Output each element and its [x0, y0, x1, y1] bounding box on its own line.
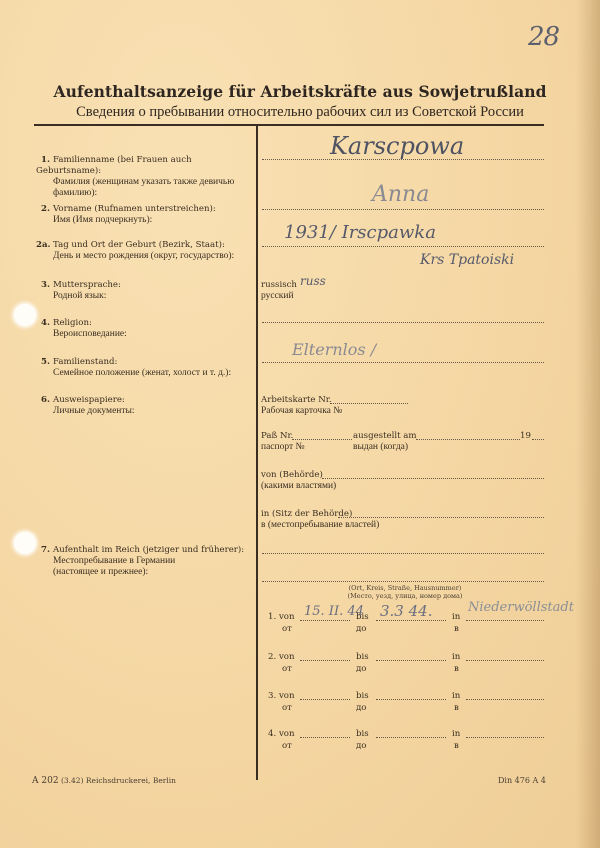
field-7-line-2[interactable]	[262, 581, 544, 582]
first-name-value[interactable]: Anna	[372, 182, 429, 207]
residence-row-4: 4. von	[268, 729, 295, 740]
label-german: Familienstand:	[53, 357, 117, 367]
marital-status-value[interactable]: Elternlos /	[292, 340, 376, 359]
authority-russian: (какими властями)	[261, 481, 336, 492]
label-german: Tag und Ort der Geburt (Bezirk, Staat):	[53, 240, 225, 250]
label-german: Familienname (bei Frauen auch Geburtsnam…	[36, 155, 192, 176]
row-number: 2.	[268, 652, 276, 662]
authority-german: von (Behörde)	[261, 470, 336, 481]
label-russian: Фамилия (женщинам указать также девичью …	[36, 177, 258, 199]
issued-german: ausgestellt am	[353, 431, 417, 442]
to-label: bis	[356, 652, 369, 663]
in-label-russian: в	[454, 741, 459, 752]
row-number: 3.	[268, 691, 276, 701]
row-3-from-line[interactable]	[300, 699, 350, 700]
punch-hole-bottom	[14, 532, 36, 554]
authority-line[interactable]	[322, 478, 544, 479]
row-1-to-line[interactable]	[376, 620, 446, 621]
label-russian: День и место рождения (округ, государств…	[36, 251, 258, 262]
from-label-russian: от	[282, 664, 292, 675]
field-4-line	[262, 322, 544, 323]
field-number: 2.	[36, 204, 50, 215]
label-german: Religion:	[53, 318, 92, 328]
to-label: bis	[356, 729, 369, 740]
label-german: Aufenthalt im Reich (jetziger und früher…	[53, 545, 244, 555]
punch-hole-top	[14, 304, 36, 326]
from-label-russian: от	[282, 703, 292, 714]
title-russian: Сведения о пребывании относительно рабоч…	[0, 104, 600, 121]
field-number: 5.	[36, 357, 50, 368]
seat-label: in (Sitz der Behörde) в (местопребывание…	[261, 509, 379, 531]
field-number: 3.	[36, 280, 50, 291]
field-7-label: 7.Aufenthalt im Reich (jetziger und früh…	[36, 545, 258, 578]
issued-label: ausgestellt am выдан (когда)	[353, 431, 417, 453]
label-russian: Личные документы:	[36, 406, 258, 417]
from-label: von	[279, 652, 295, 662]
field-5-label: 5.Familienstand: Семейное положение (жен…	[36, 357, 258, 379]
to-label-russian: до	[356, 741, 366, 752]
row-number: 4.	[268, 729, 276, 739]
field-5-line	[262, 362, 544, 363]
row-3-place-line[interactable]	[466, 699, 544, 700]
field-1-label: 1.Familienname (bei Frauen auch Geburtsn…	[36, 155, 258, 199]
in-label-russian: в	[454, 703, 459, 714]
to-label-russian: до	[356, 703, 366, 714]
seat-german: in (Sitz der Behörde)	[261, 509, 379, 520]
work-card-russian: Рабочая карточка №	[261, 406, 342, 417]
row-4-from-line[interactable]	[300, 737, 350, 738]
passport-label: Paß Nr. паспорт №	[261, 431, 305, 453]
year-line[interactable]	[532, 439, 544, 440]
label-german: Muttersprache:	[53, 280, 121, 290]
in-label: in	[452, 729, 460, 740]
row-1-place-line[interactable]	[466, 620, 544, 621]
from-label-russian: от	[282, 741, 292, 752]
form-code: A 202	[32, 776, 59, 786]
to-label-russian: до	[356, 624, 366, 635]
address-hint-russian: (Место, уезд, улица, номер дома)	[320, 592, 490, 600]
to-label: bis	[356, 612, 369, 623]
from-label-russian: от	[282, 624, 292, 635]
field-3-label: 3.Muttersprache: Родной язык:	[36, 280, 258, 302]
passport-german: Paß Nr.	[261, 431, 305, 442]
seat-russian: в (местопребывание властей)	[261, 520, 379, 531]
in-label: in	[452, 612, 460, 623]
in-label: in	[452, 691, 460, 702]
label-german: Ausweispapiere:	[53, 395, 125, 405]
authority-label: von (Behörde) (какими властями)	[261, 470, 336, 492]
to-label-russian: до	[356, 664, 366, 675]
residence-row-2: 2. von	[268, 652, 295, 663]
mother-tongue-value[interactable]: russ	[300, 274, 326, 288]
row-2-from-line[interactable]	[300, 660, 350, 661]
work-card-line[interactable]	[330, 403, 408, 404]
printer-info: (3.42) Reichsdruckerei, Berlin	[61, 776, 176, 785]
birth-district-value[interactable]: Krs Tpatoiski	[420, 252, 514, 268]
language-printed-german: russisch	[261, 280, 297, 291]
field-7-line-1[interactable]	[262, 553, 544, 554]
birth-value[interactable]: 1931/ Irscpawka	[284, 222, 436, 243]
field-2-label: 2.Vorname (Rufnamen unterstreichen): Имя…	[36, 204, 258, 226]
label-russian: Имя (Имя подчеркнуть):	[36, 215, 258, 226]
label-german: Vorname (Rufnamen unterstreichen):	[53, 204, 216, 214]
label-russian: Вероисповедание:	[36, 329, 258, 340]
field-2a-line	[262, 246, 544, 247]
page-number: 28	[528, 22, 559, 52]
from-label: von	[279, 612, 295, 622]
row-4-place-line[interactable]	[466, 737, 544, 738]
label-russian: Родной язык:	[36, 291, 258, 302]
row-2-to-line[interactable]	[376, 660, 446, 661]
seat-line[interactable]	[338, 517, 544, 518]
row-number: 1.	[268, 612, 276, 622]
residence-row-3: 3. von	[268, 691, 295, 702]
row-4-to-line[interactable]	[376, 737, 446, 738]
header-rule	[34, 124, 544, 126]
field-number: 1.	[36, 155, 50, 166]
field-number: 7.	[36, 545, 50, 556]
row-2-place-line[interactable]	[466, 660, 544, 661]
document-page	[0, 0, 600, 848]
in-label-russian: в	[454, 664, 459, 675]
passport-line[interactable]	[292, 439, 352, 440]
label-russian: Семейное положение (женат, холост и т. д…	[36, 368, 258, 379]
language-printed: russisch русский	[261, 280, 297, 302]
row-1-to-value[interactable]: 3.3 44.	[380, 602, 432, 620]
row-1-from-line[interactable]	[300, 620, 350, 621]
field-6-label: 6.Ausweispapiere: Личные документы:	[36, 395, 258, 417]
language-printed-russian: русский	[261, 291, 297, 302]
label-russian-2: (настоящее и прежнее):	[36, 567, 258, 578]
title-german: Aufenthaltsanzeige für Arbeitskräfte aus…	[0, 82, 600, 101]
din-format: Din 476 A 4	[498, 776, 546, 785]
in-label: in	[452, 652, 460, 663]
year-prefix: 19	[520, 431, 531, 442]
work-card-german: Arbeitskarte Nr.	[261, 395, 342, 406]
from-label: von	[279, 691, 295, 701]
footer-left: A 202 (3.42) Reichsdruckerei, Berlin	[32, 776, 176, 786]
to-label: bis	[356, 691, 369, 702]
field-4-label: 4.Religion: Вероисповедание:	[36, 318, 258, 340]
in-label-russian: в	[454, 624, 459, 635]
issued-date-line[interactable]	[416, 439, 520, 440]
field-number: 2a.	[36, 240, 50, 251]
row-1-from-value[interactable]: 15. II. 44	[304, 604, 364, 619]
from-label: von	[279, 729, 295, 739]
residence-row-1: 1. von	[268, 612, 295, 623]
field-2a-label: 2a.Tag und Ort der Geburt (Bezirk, Staat…	[36, 240, 258, 262]
surname-value[interactable]: Karscpowa	[330, 132, 464, 160]
passport-russian: паспорт №	[261, 442, 305, 453]
address-hint-german: (Ort, Kreis, Straße, Hausnummer)	[320, 584, 490, 592]
field-2-line	[262, 209, 544, 210]
row-1-place-value[interactable]: Niederwöllstadt	[468, 600, 574, 615]
address-hint: (Ort, Kreis, Straße, Hausnummer) (Место,…	[320, 584, 490, 600]
work-card-label: Arbeitskarte Nr. Рабочая карточка №	[261, 395, 342, 417]
field-number: 4.	[36, 318, 50, 329]
issued-russian: выдан (когда)	[353, 442, 417, 453]
field-number: 6.	[36, 395, 50, 406]
label-russian: Местопребывание в Германии	[36, 556, 258, 567]
row-3-to-line[interactable]	[376, 699, 446, 700]
